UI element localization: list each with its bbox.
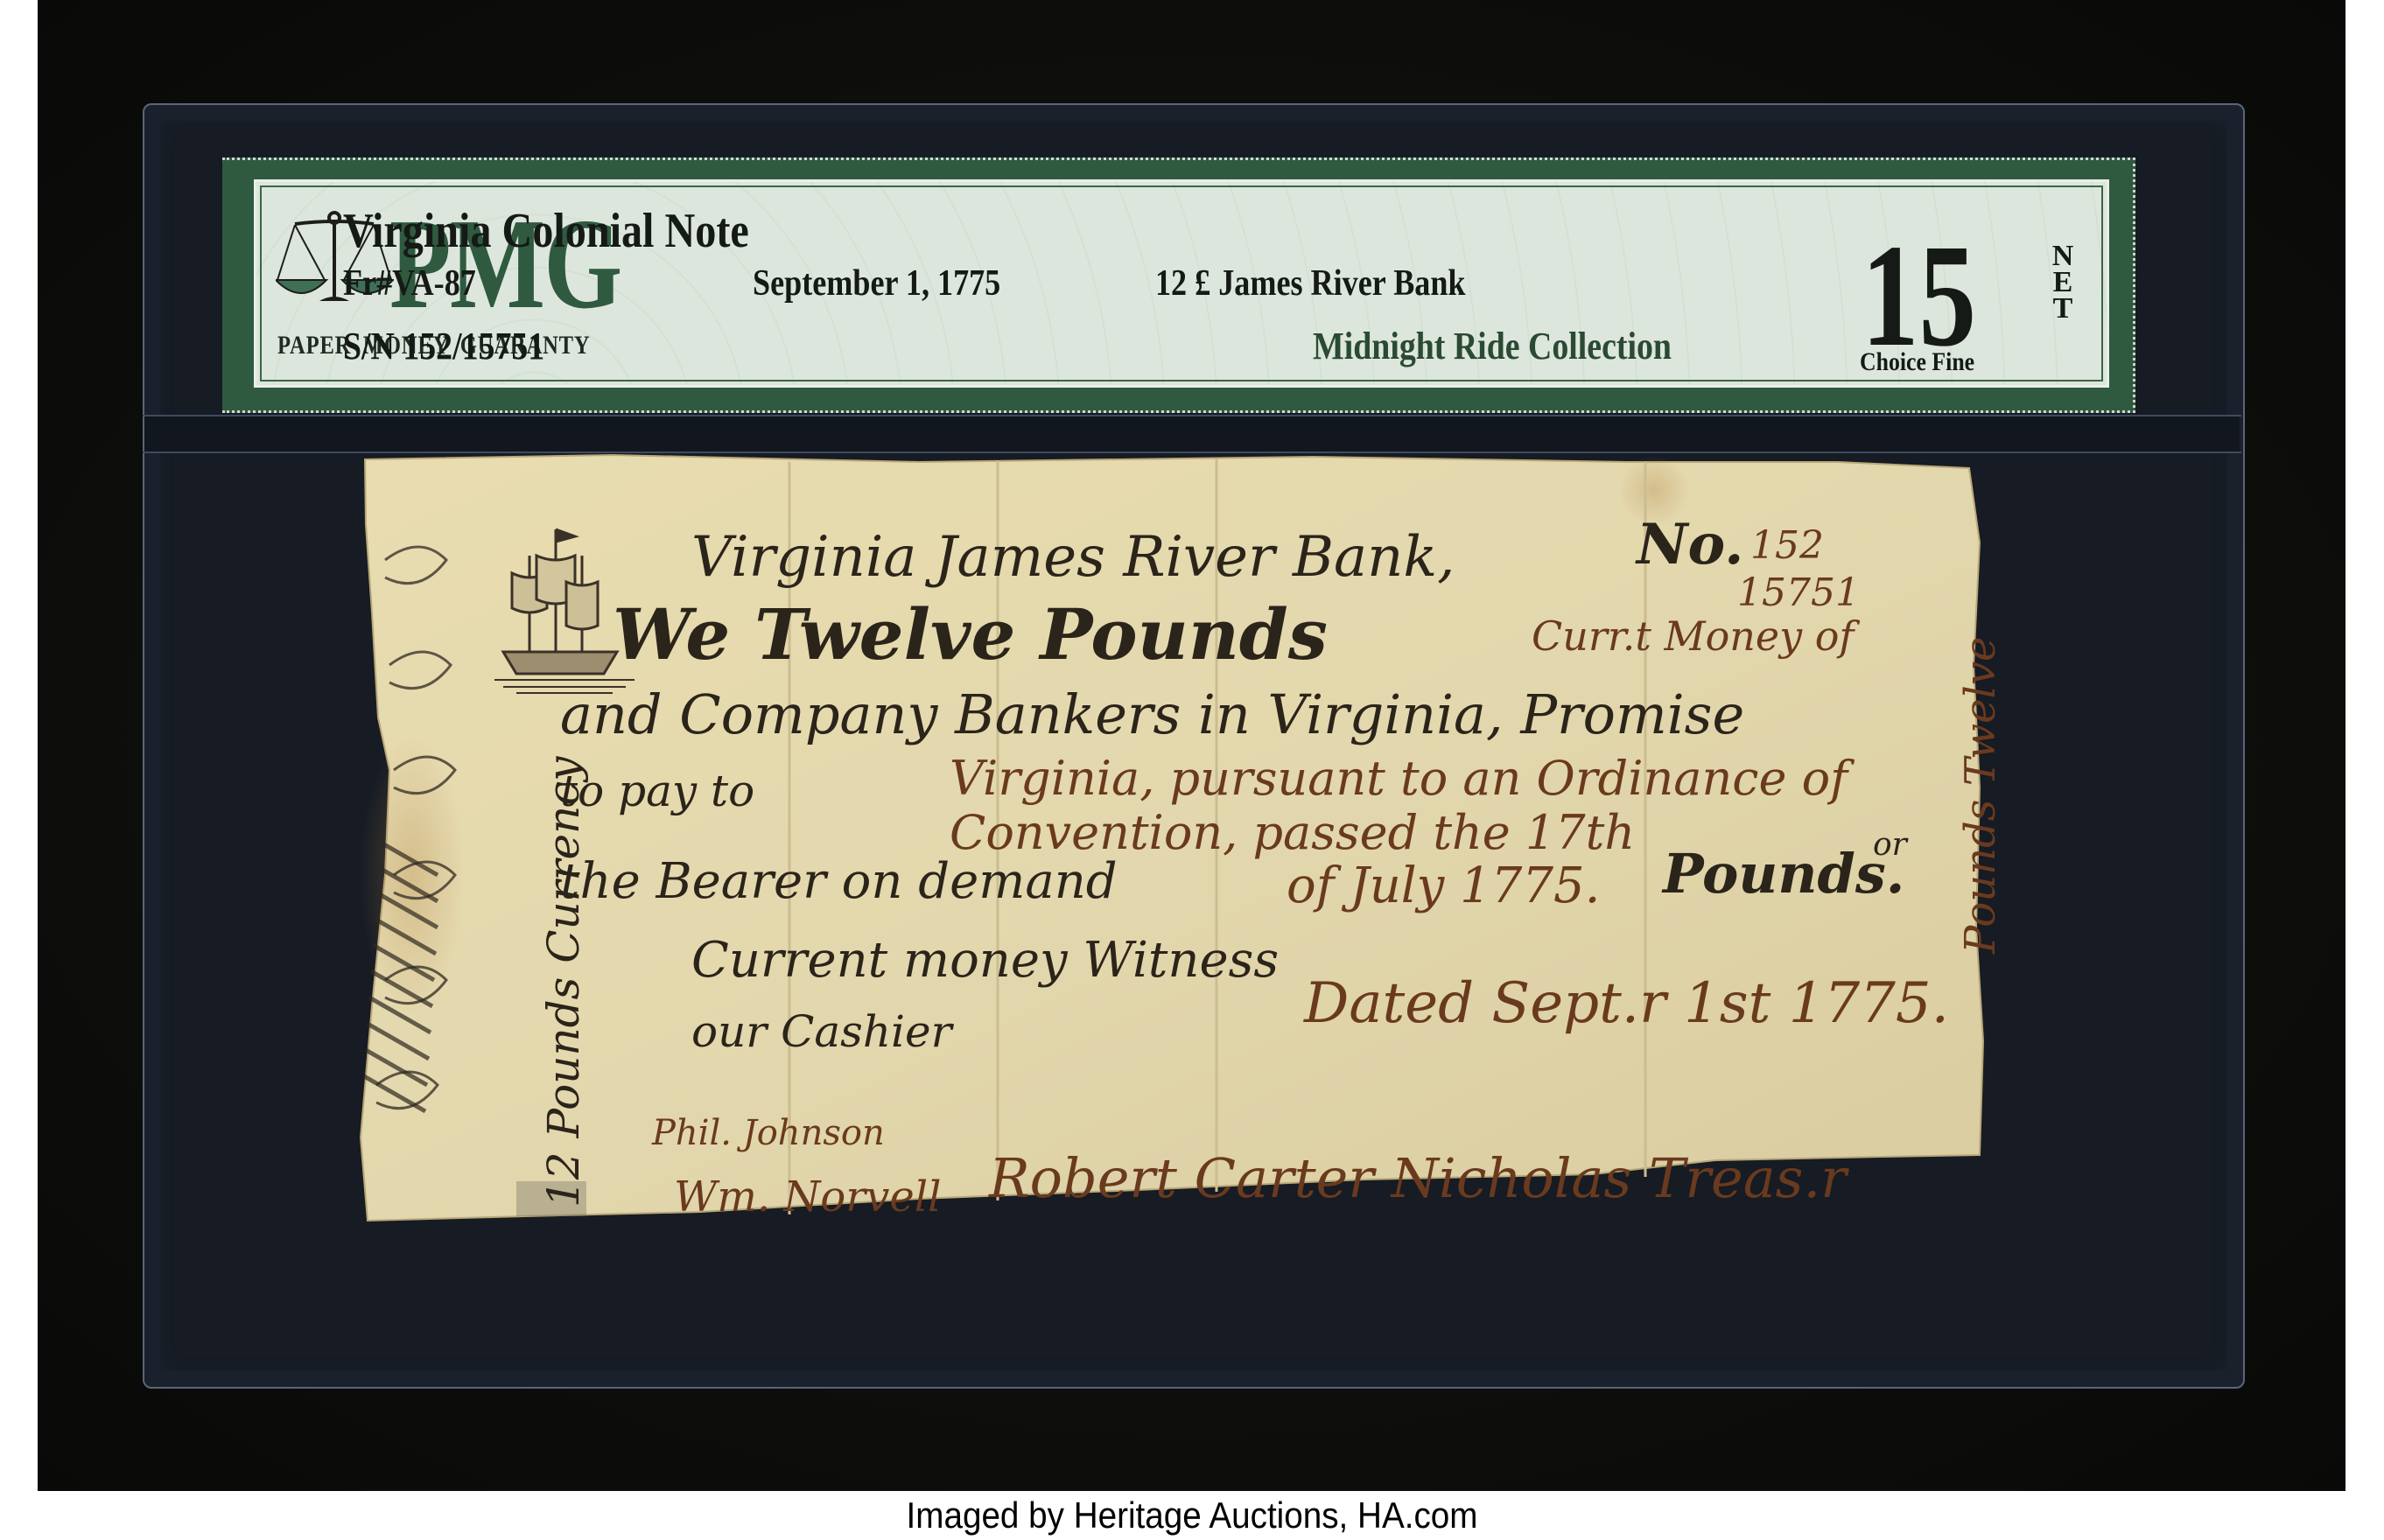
holder-seam-band bbox=[144, 416, 2240, 451]
denomination: 12 £ James River Bank bbox=[1155, 262, 1466, 304]
grade-qualifier-text: NET bbox=[2050, 243, 2076, 322]
grade-qualifier: NET bbox=[2050, 243, 2076, 322]
holder-seam-line bbox=[143, 451, 2241, 453]
issue-date: September 1, 1775 bbox=[753, 262, 1000, 304]
collection-name: Midnight Ride Collection bbox=[1313, 324, 1672, 368]
image-credit-caption: Imaged by Heritage Auctions, HA.com bbox=[95, 1491, 2289, 1540]
serial-number: S/N 152/15751 bbox=[343, 324, 544, 368]
note-title: Virginia Colonial Note bbox=[343, 203, 749, 259]
grade-description: Choice Fine bbox=[1860, 347, 1974, 377]
catalog-number: Fr#VA-87 bbox=[343, 262, 476, 304]
holder-seam-line bbox=[143, 415, 2241, 416]
